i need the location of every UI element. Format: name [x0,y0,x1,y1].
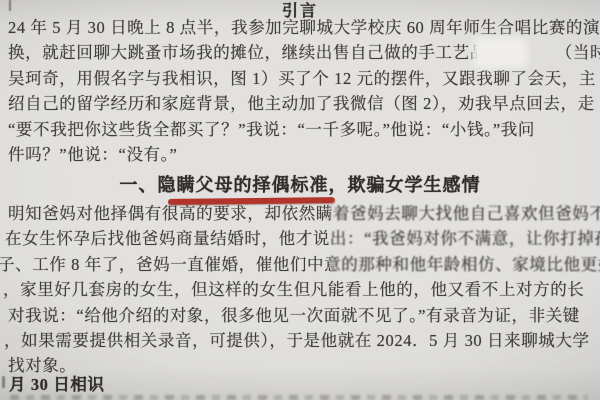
cropped-character-fragment [2,376,5,388]
text-line: “要不我把你这些货全都买了？”我说：“一千多呢。”他说：“小钱。”我问 [8,117,600,142]
text-line: 对我说：“给他介绍的对象，很多他见一次面就不见了。”有录音为证，非关键 [8,303,600,328]
intro-paragraph: 24 年 5 月 30 日晚上 8 点半，我参加完聊城大学校庆 60 周年师生合… [8,15,600,167]
text-line: ，家里好几套房的女生，但这样的女生但凡能看上他的，他又看不上对方的长 [3,277,600,302]
section-paragraph: 明知爸妈对他择偶有很高的要求，却依然瞒着爸妈去聊大找他自己喜欢但爸妈不在女生怀孕… [8,201,600,379]
cut-off-text-line [10,395,588,400]
text-line: 吴珂奇，用假名字与我相识，图 1）买了个 12 元的摆件，又跟我聊了会天，主 [8,66,600,91]
censor-patch [477,42,523,63]
subsection-heading: 月 30 日相识 [9,371,105,395]
text-line: 件吗？”他说：“没有。” [8,142,600,167]
text-line: 子、工作 8 年了，爸妈一直催婚，催他们中意的那种和他年龄相仿、家境比他更好 [0,252,600,277]
document-page: 引言 24 年 5 月 30 日晚上 8 点半，我参加完聊城大学校庆 60 周年… [0,0,600,400]
text-line: 24 年 5 月 30 日晚上 8 点半，我参加完聊城大学校庆 60 周年师生合… [8,15,600,40]
text-line: 明知爸妈对他择偶有很高的要求，却依然瞒着爸妈去聊大找他自己喜欢但爸妈不 [8,201,600,226]
text-line: ，如果需要提供相关录音，可提供），于是他就在 2024．5 月 30 日来聊城大… [4,328,600,353]
text-line: 在女生怀孕后找他爸妈商量结婚时，他才说出：“我爸妈对你不满意，让你打掉孩 [5,226,600,251]
text-line: 绍自己的留学经历和家庭背景，他主动加了我微信（图 2），劝我早点回去，走 [8,91,600,116]
section-heading: 一、隐瞒父母的择偶标准，欺骗女学生感情 [0,171,600,197]
